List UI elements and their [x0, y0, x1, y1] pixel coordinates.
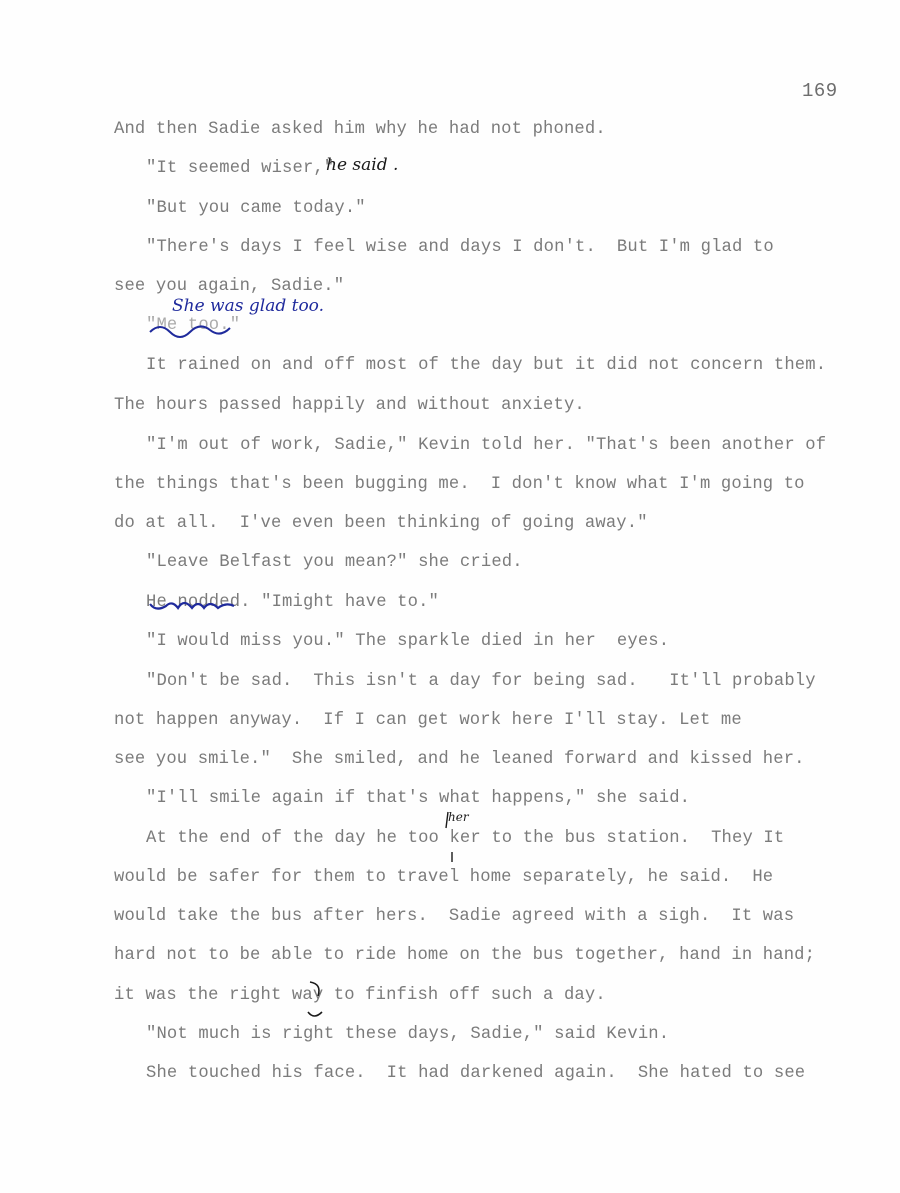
text-line: The hours passed happily and without anx… — [114, 396, 585, 415]
text-line: the things that's been bugging me. I don… — [114, 475, 805, 494]
text-line: "I'm out of work, Sadie," Kevin told her… — [146, 436, 826, 455]
text-line: not happen anyway. If I can get work her… — [114, 711, 742, 730]
strikethrough-scribble — [146, 318, 246, 340]
delete-mark — [300, 976, 330, 1026]
text-line: And then Sadie asked him why he had not … — [114, 120, 606, 139]
text-line: would be safer for them to travel home s… — [114, 868, 773, 887]
text-line: see you again, Sadie." — [114, 277, 344, 296]
text-line: "Don't be sad. This isn't a day for bein… — [146, 672, 816, 691]
text-line: "Not much is right these days, Sadie," s… — [146, 1025, 669, 1044]
text-line: "I would miss you." The sparkle died in … — [146, 632, 669, 651]
text-line: "But you came today." — [146, 199, 366, 218]
text-line: would take the bus after hers. Sadie agr… — [114, 907, 794, 926]
text-line: see you smile." She smiled, and he leane… — [114, 750, 805, 769]
text-line: do at all. I've even been thinking of go… — [114, 514, 648, 533]
text-line: "There's days I feel wise and days I don… — [146, 238, 774, 257]
page-number: 169 — [802, 80, 838, 102]
text-line: hard not to be able to ride home on the … — [114, 946, 815, 965]
text-line: it was the right way to finfish off such… — [114, 986, 606, 1005]
text-line: It rained on and off most of the day but… — [146, 356, 826, 375]
text-line: At the end of the day he too ker to the … — [146, 829, 784, 848]
text-line: "I'll smile again if that's what happens… — [146, 789, 690, 808]
strikethrough-scribble — [146, 592, 246, 614]
typescript-page: 169 And then Sadie asked him why he had … — [0, 0, 900, 1193]
handwritten-insertion: She was glad too. — [172, 296, 324, 316]
insertion-caret — [440, 808, 460, 868]
handwritten-annotation: he said . — [326, 155, 398, 175]
text-line: "It seemed wiser," — [146, 159, 334, 178]
text-line: "Leave Belfast you mean?" she cried. — [146, 553, 523, 572]
text-line: She touched his face. It had darkened ag… — [146, 1064, 805, 1083]
